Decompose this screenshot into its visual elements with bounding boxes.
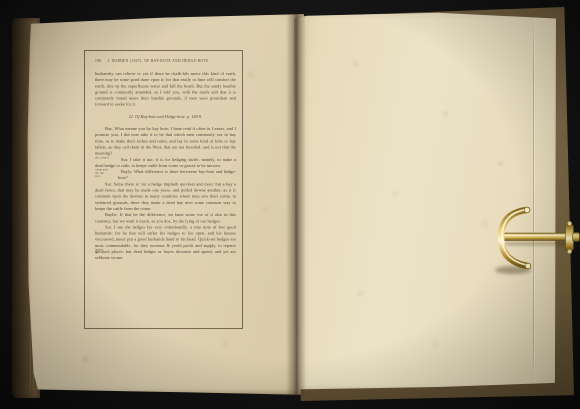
body-paragraph: Bay. What meane you by hay bote: I haue …	[95, 126, 236, 157]
text-block: 198 J. NORDEN (1607). OF HAY-BOTE AND HE…	[95, 59, 236, 321]
section-heading: 21. Of Hay-bote and Hedge-bote. p. 158-9…	[95, 114, 236, 120]
gutter-shadow	[286, 12, 306, 396]
margin-note: Hay bote, what it is.	[95, 156, 110, 163]
left-page: 198 J. NORDEN (1607). OF HAY-BOTE AND HE…	[24, 13, 304, 396]
body-paragraph: Hedge-bote and hay-bote, the difference.…	[95, 169, 236, 181]
running-head: 198 J. NORDEN (1607). OF HAY-BOTE AND HE…	[95, 59, 236, 63]
foxing-spots	[24, 13, 27, 16]
page-number: 198	[95, 59, 101, 63]
body-paragraph: Sur. Some there is: for a hedge implieth…	[95, 181, 236, 212]
body-paragraph: Baylie. If that be the difference, we ha…	[95, 212, 236, 224]
photo-background: 198 J. NORDEN (1607). OF HAY-BOTE AND HE…	[0, 0, 580, 409]
body-paragraph: husbandry can relieve it: yet if there b…	[95, 71, 236, 108]
running-head-title: J. NORDEN (1607). OF HAY-BOTE AND HEDGE-…	[107, 59, 209, 63]
right-page	[294, 12, 556, 392]
body-paragraph: Dead hedges decrease.Sur. I see the hedg…	[95, 224, 236, 261]
body-paragraph: Hay bote, what it is.Sur. I take it not:…	[95, 156, 236, 168]
printed-frame: 198 J. NORDEN (1607). OF HAY-BOTE AND HE…	[84, 50, 243, 329]
margin-note: Dead hedges decrease.	[95, 248, 110, 255]
margin-note: Hedge-bote and hay-bote, the difference.	[95, 169, 110, 179]
page-fold-line	[533, 18, 534, 384]
